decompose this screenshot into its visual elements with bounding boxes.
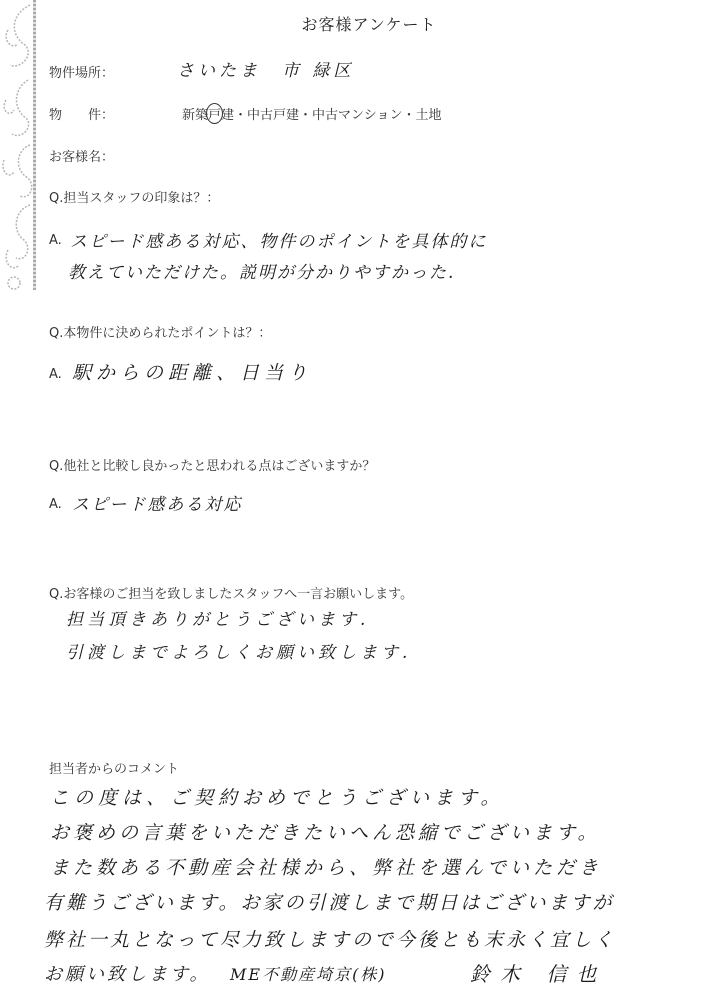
staff-comment-line-6: お願い致します。	[44, 960, 211, 986]
property-type-options: 新築戸建・中古戸建・中古マンション・土地	[182, 104, 441, 123]
answer-3-line-1: スピード感ある対応	[72, 490, 242, 515]
answer-2-prefix: A.	[49, 367, 62, 382]
staff-comment-line-5: 弊社一丸となって尽力致しますので今後とも末永く宜しく	[44, 925, 616, 952]
location-label: 物件場所：	[49, 62, 114, 81]
staff-comment-line-4: 有難うございます。お家の引渡しまで期日はございますが	[44, 888, 614, 915]
answer-4-line-1: 担当頂きありがとうございます.	[66, 605, 369, 630]
question-4: Q.お客様のご担当を致しましたスタッフへ一言お願いします。	[49, 583, 413, 602]
staff-comment-label: 担当者からのコメント	[49, 758, 179, 777]
answer-1-line-2: 教えていただけた。説明が分かりやすかった.	[68, 258, 455, 283]
location-value: さいたま 市 緑区	[177, 56, 354, 81]
staff-comment-line-2: お褒めの言葉をいただきたいへん恐縮でございます。	[50, 818, 600, 845]
border-rule	[33, 0, 36, 290]
staff-signature: 鈴木 信也	[470, 958, 606, 987]
decorative-border	[0, 0, 36, 300]
staff-comment-line-1: この度は、ご契約おめでとうございます。	[50, 783, 504, 810]
answer-1-line-1: スピード感ある対応、物件のポイントを具体的に	[70, 227, 487, 252]
answer-3-prefix: A.	[49, 497, 62, 512]
question-2: Q.本物件に決められたポイントは？：	[49, 322, 271, 341]
question-3: Q.他社と比較し良かったと思われる点はございますか？	[49, 455, 375, 474]
option-new-prefix: 新築	[182, 108, 208, 123]
staff-comment-line-3: また数ある不動産会社様から、弊社を選んでいただき	[50, 853, 602, 880]
form-title: お客様アンケート	[0, 12, 708, 35]
property-label: 物 件：	[49, 104, 114, 123]
answer-2-line-1: 駅からの距離、日当り	[72, 358, 312, 385]
question-1: Q.担当スタッフの印象は？：	[49, 187, 219, 206]
swirl-ornament-icon	[0, 0, 36, 300]
customer-name-label: お客様名：	[49, 146, 114, 165]
answer-1-prefix: A.	[49, 233, 62, 248]
option-rest: 建・中古戸建・中古マンション・土地	[221, 108, 441, 123]
company-name: ME不動産埼京(株)	[230, 962, 387, 985]
answer-4-line-2: 引渡しまでよろしくお願い致します.	[66, 638, 411, 663]
